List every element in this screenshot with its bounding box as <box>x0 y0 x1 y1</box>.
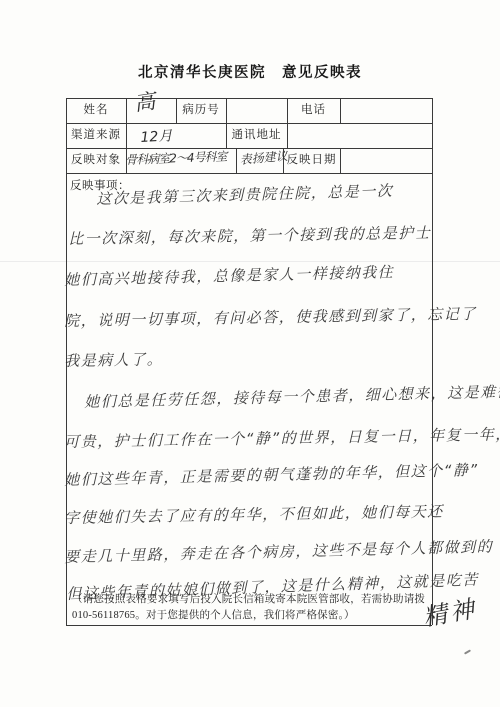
date-label: 反映日期 <box>283 148 340 173</box>
handwritten-line: 字使她们失去了应有的年华，不但如此，她们每天还 <box>64 500 444 528</box>
channel-value-handwriting: 12月 <box>140 125 173 147</box>
handwritten-line: 她们高兴地接待我，总像是家人一样接纳我住 <box>64 261 394 290</box>
name-signature-handwriting: 高 <box>132 85 157 118</box>
table-border-bottom <box>66 625 432 626</box>
target-label: 反映对象 <box>66 148 126 173</box>
handwritten-line: 院，说明一切事项，有问必答，使我感到到家了，忘记了 <box>64 303 477 331</box>
target-value-handwriting: 骨科病室2～4号科室 <box>125 147 227 168</box>
handwritten-line: 她们总是任劳任怨，接待每一个患者，细心想来，这是难得 <box>84 381 500 412</box>
margin-note-handwriting: 精神 <box>420 589 479 633</box>
stray-pen-mark <box>464 649 471 654</box>
handwritten-line: 要走几十里路，奔走在各个病房，这些不是每个人都做到的 <box>64 536 493 567</box>
footer-note-line1: （请您按照表格要求填写后投入院长信箱或寄本院医管部收，若需协助请拨 <box>72 591 425 606</box>
name-label: 姓名 <box>66 98 126 123</box>
handwritten-line: 她们这些年青，正是需要的朝气蓬勃的年华，但这个“静” <box>64 459 479 490</box>
handwritten-line: 比一次深刻，每次来院，第一个接到我的总是护士 <box>68 222 431 249</box>
channel-label: 渠道来源 <box>66 123 126 148</box>
feedback-type-handwriting: 表扬建议 <box>239 147 288 168</box>
scanned-feedback-form: 北京清华长庚医院 意见反映表 姓名 病历号 电话 渠道来源 通讯地址 反映对象 … <box>0 0 500 707</box>
form-title: 北京清华长庚医院 意见反映表 <box>0 61 500 82</box>
handwritten-line: 可贵，护士们工作在一个“静”的世界，日复一日，年复一年， <box>64 423 500 452</box>
table-col-divider <box>340 148 341 173</box>
scan-fold-line <box>0 261 500 262</box>
table-col-divider <box>340 98 341 123</box>
phone-label: 电话 <box>287 98 340 123</box>
record-no-label: 病历号 <box>176 98 226 123</box>
footer-note-line2: 010-56118765。对于您提供的个人信息，我们将严格保密。） <box>72 607 355 622</box>
table-row-divider <box>66 173 432 174</box>
address-label: 通讯地址 <box>226 123 287 148</box>
handwritten-line: 我是病人了。 <box>64 348 163 371</box>
table-col-divider <box>236 148 237 173</box>
